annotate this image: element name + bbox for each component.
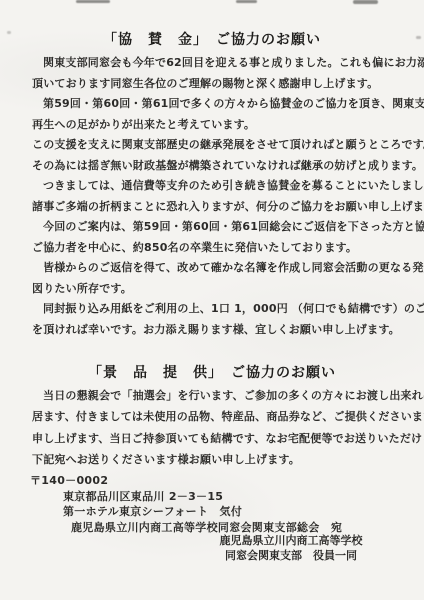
signature-block: 鹿児島県立川内商工高等学校 同窓会関東支部 役員一同 [216,533,366,563]
postal-code: 〒140－0002 [30,473,342,489]
text-line: 頂いております同窓生各位のご理解の賜物と深く感謝申し上げます。 [32,74,424,95]
prize-section-title: 「景 品 提 供」 ご協力のお願い [0,362,424,382]
recipient-address-block: 〒140－0002 東京都品川区東品川 2－3－15 第一ホテル東京シーフォート… [30,473,342,535]
address-line: 第一ホテル東京シーフォート 気付 [30,504,342,520]
text-line: 居ます、付きましては未使用の品物、特産品、商品券など、ご提供くださいます様お願 [32,406,424,427]
scan-smudge [353,0,378,4]
scan-smudge [76,0,110,3]
text-line: 図りたい所存です。 [32,279,424,300]
text-line: この支援を支えに関東支部歴史の継承発展をさせて頂ければと願うところです。 [32,135,424,156]
text-line: を頂ければ幸いです。お力添え賜ります様、宜しくお願い申し上げます。 [32,320,424,341]
text-line: 再生への足がかりが出来たと考えています。 [32,115,424,136]
signature-branch-officers: 同窓会関東支部 役員一同 [216,548,366,563]
text-line: 当日の懇親会で「抽選会」を行います、ご参加の多くの方々にお渡し出来ればと思っ [32,385,424,406]
text-line: その為には揺ぎ無い財政基盤が構築されていなければ継承の妨げと成ります。 [32,156,424,177]
scan-smudge [236,0,257,3]
address-line: 東京都品川区東品川 2－3－15 [30,489,342,505]
text-line: ご協力者を中心に、約850名の卒業生に発信いたしております。 [32,238,424,259]
text-line: 皆様からのご返信を得て、改めて確かな名簿を作成し同窓会活動の更なる発展を [32,258,424,279]
text-line: 第59回・第60回・第61回で多くの方々から協賛金のご協力を頂き、関東支部 [32,94,424,115]
sponsorship-section-title: 「協 賛 金」 ご協力のお願い [0,29,424,49]
prize-section-body: 当日の懇親会で「抽選会」を行います、ご参加の多くの方々にお渡し出来ればと思っ居ま… [32,385,424,471]
scanned-letter-page: 「協 賛 金」 ご協力のお願い 関東支部同窓会も今年で62回目を迎える事と成りま… [0,0,424,600]
text-line: 諸事ご多端の折柄まことに恐れ入りますが、何分のご協力をお願い申し上げます。 [32,197,424,218]
text-line: つきましては、通信費等支弁のため引き続き協賛金を募ることにいたしました。 [32,176,424,197]
text-line: 申し上げます、当日ご持参頂いても結構です、なお宅配便等でお送りいただける方は [32,428,424,449]
sponsorship-section-body: 関東支部同窓会も今年で62回目を迎える事と成りました。これも偏にお力添え頂いてお… [32,53,424,340]
text-line: 同封振り込み用紙をご利用の上、1口 1，000円 （何口でも結構です）のご送金 [32,299,424,320]
text-line: 関東支部同窓会も今年で62回目を迎える事と成りました。これも偏にお力添え [32,53,424,74]
text-line: 下記宛へお送りくださいます様お願い申し上げます。 [32,449,424,470]
text-line: 今回のご案内は、第59回・第60回・第61回総会にご返信を下さった方と協賛金 [32,217,424,238]
signature-school-name: 鹿児島県立川内商工高等学校 [216,533,366,548]
